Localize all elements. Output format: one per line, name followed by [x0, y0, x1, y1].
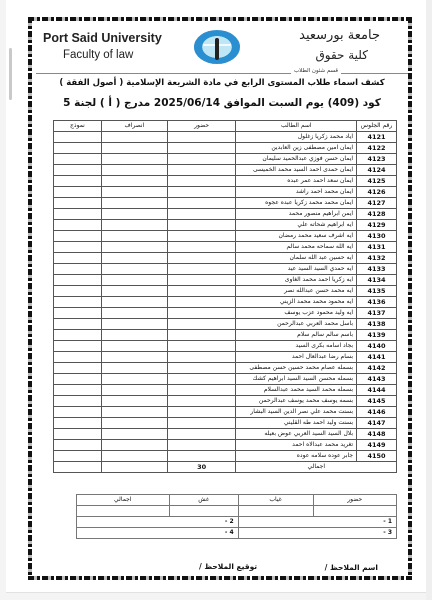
summary-item-row: 1 - 2 - [77, 517, 397, 528]
table-row: 4148بلال السيد السيد العربي عوض بعيله [54, 429, 397, 440]
attendance-cell [167, 440, 236, 451]
seat-number: 4143 [357, 374, 397, 385]
departure-cell [101, 242, 167, 253]
student-name: ايه ابراهيم شحاته علي [236, 220, 357, 231]
student-name: ايه وليد محمود عزب يوسف [236, 308, 357, 319]
table-row: 4136ايه محمود محمد محمد الزيني [54, 297, 397, 308]
attendance-cell [167, 275, 236, 286]
seat-number: 4129 [357, 220, 397, 231]
departure-cell [101, 132, 167, 143]
table-row: 4128ايمن ابراهيم منصور محمد [54, 209, 397, 220]
exam-details: كود (409) يوم السبت الموافق 2025/06/14 م… [6, 97, 432, 109]
form-cell [54, 396, 102, 407]
student-name: باسل محمد العربي عبدالرحمن [236, 319, 357, 330]
seat-number: 4137 [357, 308, 397, 319]
form-cell [54, 165, 102, 176]
summary-item-4: 4 - [77, 528, 239, 539]
faculty-name-en: Faculty of law [63, 49, 133, 61]
summary-item-2: 2 - [77, 517, 239, 528]
table-row: 4149تغريد محمد عبدالاه احمد [54, 440, 397, 451]
table-row: 4121اياد محمد زكريا زغلول [54, 132, 397, 143]
departure-cell [101, 297, 167, 308]
attendance-cell [167, 242, 236, 253]
attendance-table: رقم الجلوس اسم الطالب حضور انصراف نموذج … [53, 120, 397, 473]
observer-name-label: اسم الملاحظ / [325, 563, 378, 572]
total-value: 30 [167, 462, 236, 473]
departure-cell [101, 275, 167, 286]
form-cell [54, 154, 102, 165]
form-cell [54, 176, 102, 187]
table-row: 4140بجاد اسامه بكرى السيد [54, 341, 397, 352]
seat-number: 4128 [357, 209, 397, 220]
table-row: 4141بسام رضا عبدالعال احمد [54, 352, 397, 363]
seat-number: 4146 [357, 407, 397, 418]
summary-cheating-value [169, 506, 238, 517]
form-cell [54, 231, 102, 242]
student-name: بجاد اسامه بكرى السيد [236, 341, 357, 352]
university-seal-icon [194, 30, 240, 64]
table-row: 4144بسمله محمد السيد محمد عبدالسلام [54, 385, 397, 396]
attendance-cell [167, 297, 236, 308]
seat-number: 4131 [357, 242, 397, 253]
student-name: جابر عوده سلامه عوده [236, 451, 357, 462]
departure-cell [101, 198, 167, 209]
attendance-cell [167, 253, 236, 264]
seal-tower-shape [215, 38, 219, 60]
student-name: بسمله عصام محمد حسين حسن مصطفى [236, 363, 357, 374]
summary-table: حضور غياب غش اجمالي 1 - 2 - 3 - 4 - [76, 494, 397, 539]
total-form-cell [54, 462, 102, 473]
attendance-cell [167, 198, 236, 209]
document-title: كشف اسماء طلاب المستوى الرابع في مادة ال… [6, 78, 432, 88]
student-name: بسمله محسن السيد السيد ابراهيم كشك [236, 374, 357, 385]
departure-cell [101, 418, 167, 429]
attendance-cell [167, 176, 236, 187]
form-cell [54, 352, 102, 363]
summary-header-absent: غياب [238, 495, 313, 506]
seat-number: 4150 [357, 451, 397, 462]
attendance-cell [167, 286, 236, 297]
seat-number: 4134 [357, 275, 397, 286]
form-cell [54, 330, 102, 341]
summary-header-present: حضور [313, 495, 397, 506]
attendance-cell [167, 132, 236, 143]
student-name: ايه الله سماحه محمد سالم [236, 242, 357, 253]
seat-number: 4139 [357, 330, 397, 341]
university-name-ar: جامعة بورسعيد [299, 28, 380, 43]
scrollbar[interactable] [9, 48, 12, 100]
seat-number: 4124 [357, 165, 397, 176]
department-label: قسم شئون الطلاب [291, 68, 341, 74]
student-name: ايمن ابراهيم منصور محمد [236, 209, 357, 220]
form-cell [54, 253, 102, 264]
attendance-cell [167, 220, 236, 231]
seat-number: 4147 [357, 418, 397, 429]
table-row: 4137ايه وليد محمود عزب يوسف [54, 308, 397, 319]
departure-cell [101, 374, 167, 385]
departure-cell [101, 341, 167, 352]
university-name-en: Port Said University [43, 31, 162, 45]
form-cell [54, 132, 102, 143]
attendance-cell [167, 308, 236, 319]
form-cell [54, 198, 102, 209]
student-name: بلال السيد السيد العربي عوض بعيله [236, 429, 357, 440]
student-name: ايه محمود محمد محمد الزيني [236, 297, 357, 308]
student-name: بسام رضا عبدالعال احمد [236, 352, 357, 363]
form-cell [54, 275, 102, 286]
form-cell [54, 374, 102, 385]
form-cell [54, 308, 102, 319]
summary-header-total: اجمالي [77, 495, 170, 506]
departure-cell [101, 363, 167, 374]
document-page: Port Said University Faculty of law جامع… [6, 0, 426, 593]
observer-signature-label: توقيع الملاحظ / [199, 562, 257, 571]
attendance-cell [167, 385, 236, 396]
attendance-cell [167, 396, 236, 407]
departure-cell [101, 176, 167, 187]
student-name: بسمله محمد السيد محمد عبدالسلام [236, 385, 357, 396]
table-row: 4124ايمان حمدى احمد السيد محمد الخميسى [54, 165, 397, 176]
attendance-cell [167, 363, 236, 374]
seat-number: 4132 [357, 253, 397, 264]
header-divider [36, 73, 408, 74]
student-name: ايه حسين عبد الله سلمان [236, 253, 357, 264]
attendance-cell [167, 407, 236, 418]
departure-cell [101, 154, 167, 165]
departure-cell [101, 407, 167, 418]
table-row: 4126ايمان محمد احمد راشد [54, 187, 397, 198]
form-cell [54, 451, 102, 462]
student-name: ايمان محمد محمد زكريا عبده عجوه [236, 198, 357, 209]
seat-number: 4149 [357, 440, 397, 451]
form-cell [54, 418, 102, 429]
seat-number: 4148 [357, 429, 397, 440]
summary-total-value [77, 506, 170, 517]
departure-cell [101, 385, 167, 396]
seat-number: 4145 [357, 396, 397, 407]
table-row: 4132ايه حسين عبد الله سلمان [54, 253, 397, 264]
departure-cell [101, 330, 167, 341]
total-label: اجمالي [236, 462, 397, 473]
student-name: ايه محمد حسن عبدالله نصر [236, 286, 357, 297]
faculty-name-ar: كلية حقوق [315, 48, 368, 62]
header-student-name: اسم الطالب [236, 121, 357, 132]
attendance-cell [167, 187, 236, 198]
form-cell [54, 297, 102, 308]
table-row: 4135ايه محمد حسن عبدالله نصر [54, 286, 397, 297]
student-name: تغريد محمد عبدالاه احمد [236, 440, 357, 451]
seat-number: 4123 [357, 154, 397, 165]
attendance-cell [167, 374, 236, 385]
table-row: 4130ايه اشرف سعيد محمد رمضان [54, 231, 397, 242]
student-name: ايمان محمد احمد راشد [236, 187, 357, 198]
form-cell [54, 407, 102, 418]
student-name: بسنت محمد علي نصر الدين السيد البشار [236, 407, 357, 418]
table-total-row: اجمالي 30 [54, 462, 397, 473]
student-name: بسنت وليد احمد طه القليني [236, 418, 357, 429]
attendance-cell [167, 209, 236, 220]
summary-absent-value [238, 506, 313, 517]
departure-cell [101, 253, 167, 264]
departure-cell [101, 352, 167, 363]
header-attendance: حضور [167, 121, 236, 132]
departure-cell [101, 220, 167, 231]
seat-number: 4125 [357, 176, 397, 187]
departure-cell [101, 187, 167, 198]
summary-present-value [313, 506, 397, 517]
departure-cell [101, 440, 167, 451]
table-row: 4129ايه ابراهيم شحاته علي [54, 220, 397, 231]
header-departure: انصراف [101, 121, 167, 132]
form-cell [54, 242, 102, 253]
seat-number: 4136 [357, 297, 397, 308]
student-name: ايه اشرف سعيد محمد رمضان [236, 231, 357, 242]
form-cell [54, 319, 102, 330]
seat-number: 4127 [357, 198, 397, 209]
departure-cell [101, 429, 167, 440]
summary-item-1: 1 - [238, 517, 396, 528]
attendance-cell [167, 319, 236, 330]
attendance-cell [167, 264, 236, 275]
form-cell [54, 429, 102, 440]
seat-number: 4135 [357, 286, 397, 297]
departure-cell [101, 286, 167, 297]
attendance-cell [167, 418, 236, 429]
departure-cell [101, 264, 167, 275]
form-cell [54, 363, 102, 374]
departure-cell [101, 396, 167, 407]
departure-cell [101, 308, 167, 319]
table-row: 4127ايمان محمد محمد زكريا عبده عجوه [54, 198, 397, 209]
student-name: ايه زكريا احمد محمد الغاوى [236, 275, 357, 286]
form-cell [54, 440, 102, 451]
header-seat-no: رقم الجلوس [357, 121, 397, 132]
seat-number: 4138 [357, 319, 397, 330]
attendance-cell [167, 352, 236, 363]
summary-header-row: حضور غياب غش اجمالي [77, 495, 397, 506]
attendance-cell [167, 429, 236, 440]
departure-cell [101, 165, 167, 176]
attendance-cell [167, 330, 236, 341]
seat-number: 4121 [357, 132, 397, 143]
seat-number: 4126 [357, 187, 397, 198]
table-header-row: رقم الجلوس اسم الطالب حضور انصراف نموذج [54, 121, 397, 132]
form-cell [54, 209, 102, 220]
summary-header-cheating: غش [169, 495, 238, 506]
table-row: 4134ايه زكريا احمد محمد الغاوى [54, 275, 397, 286]
attendance-cell [167, 154, 236, 165]
student-name: اياد محمد زكريا زغلول [236, 132, 357, 143]
attendance-cell [167, 143, 236, 154]
summary-value-row [77, 506, 397, 517]
table-row: 4133ايه حمدي السيد السيد عيد [54, 264, 397, 275]
table-row: 4131ايه الله سماحه محمد سالم [54, 242, 397, 253]
attendance-cell [167, 341, 236, 352]
table-row: 4142بسمله عصام محمد حسين حسن مصطفى [54, 363, 397, 374]
departure-cell [101, 143, 167, 154]
table-row: 4146بسنت محمد علي نصر الدين السيد البشار [54, 407, 397, 418]
departure-cell [101, 451, 167, 462]
table-row: 4147بسنت وليد احمد طه القليني [54, 418, 397, 429]
student-name: ايه حمدي السيد السيد عيد [236, 264, 357, 275]
form-cell [54, 385, 102, 396]
student-name: ايمان حسن فوزي عبدالحميد سليمان [236, 154, 357, 165]
summary-item-row: 3 - 4 - [77, 528, 397, 539]
student-name: ايمان امين مصطفى زين العابدين [236, 143, 357, 154]
header-form: نموذج [54, 121, 102, 132]
summary-item-3: 3 - [238, 528, 396, 539]
seat-number: 4133 [357, 264, 397, 275]
table-row: 4143بسمله محسن السيد السيد ابراهيم كشك [54, 374, 397, 385]
seat-number: 4144 [357, 385, 397, 396]
seat-number: 4141 [357, 352, 397, 363]
attendance-cell [167, 451, 236, 462]
table-row: 4139باسم سالم سالم سلام [54, 330, 397, 341]
form-cell [54, 143, 102, 154]
form-cell [54, 286, 102, 297]
departure-cell [101, 231, 167, 242]
form-cell [54, 341, 102, 352]
table-row: 4123ايمان حسن فوزي عبدالحميد سليمان [54, 154, 397, 165]
form-cell [54, 220, 102, 231]
attendance-cell [167, 165, 236, 176]
student-name: ايمان حمدى احمد السيد محمد الخميسى [236, 165, 357, 176]
student-name: بسمه يوسف محمد يوسف عبدالرحمن [236, 396, 357, 407]
seat-number: 4140 [357, 341, 397, 352]
departure-cell [101, 319, 167, 330]
form-cell [54, 264, 102, 275]
seat-number: 4142 [357, 363, 397, 374]
student-name: باسم سالم سالم سلام [236, 330, 357, 341]
viewer-right-edge [426, 0, 432, 600]
table-row: 4125ايمان سعد احمد عمر عبده [54, 176, 397, 187]
seat-number: 4122 [357, 143, 397, 154]
table-row: 4145بسمه يوسف محمد يوسف عبدالرحمن [54, 396, 397, 407]
form-cell [54, 187, 102, 198]
total-departure-cell [101, 462, 167, 473]
table-row: 4150جابر عوده سلامه عوده [54, 451, 397, 462]
table-row: 4122ايمان امين مصطفى زين العابدين [54, 143, 397, 154]
table-row: 4138باسل محمد العربي عبدالرحمن [54, 319, 397, 330]
attendance-cell [167, 231, 236, 242]
seat-number: 4130 [357, 231, 397, 242]
departure-cell [101, 209, 167, 220]
student-name: ايمان سعد احمد عمر عبده [236, 176, 357, 187]
